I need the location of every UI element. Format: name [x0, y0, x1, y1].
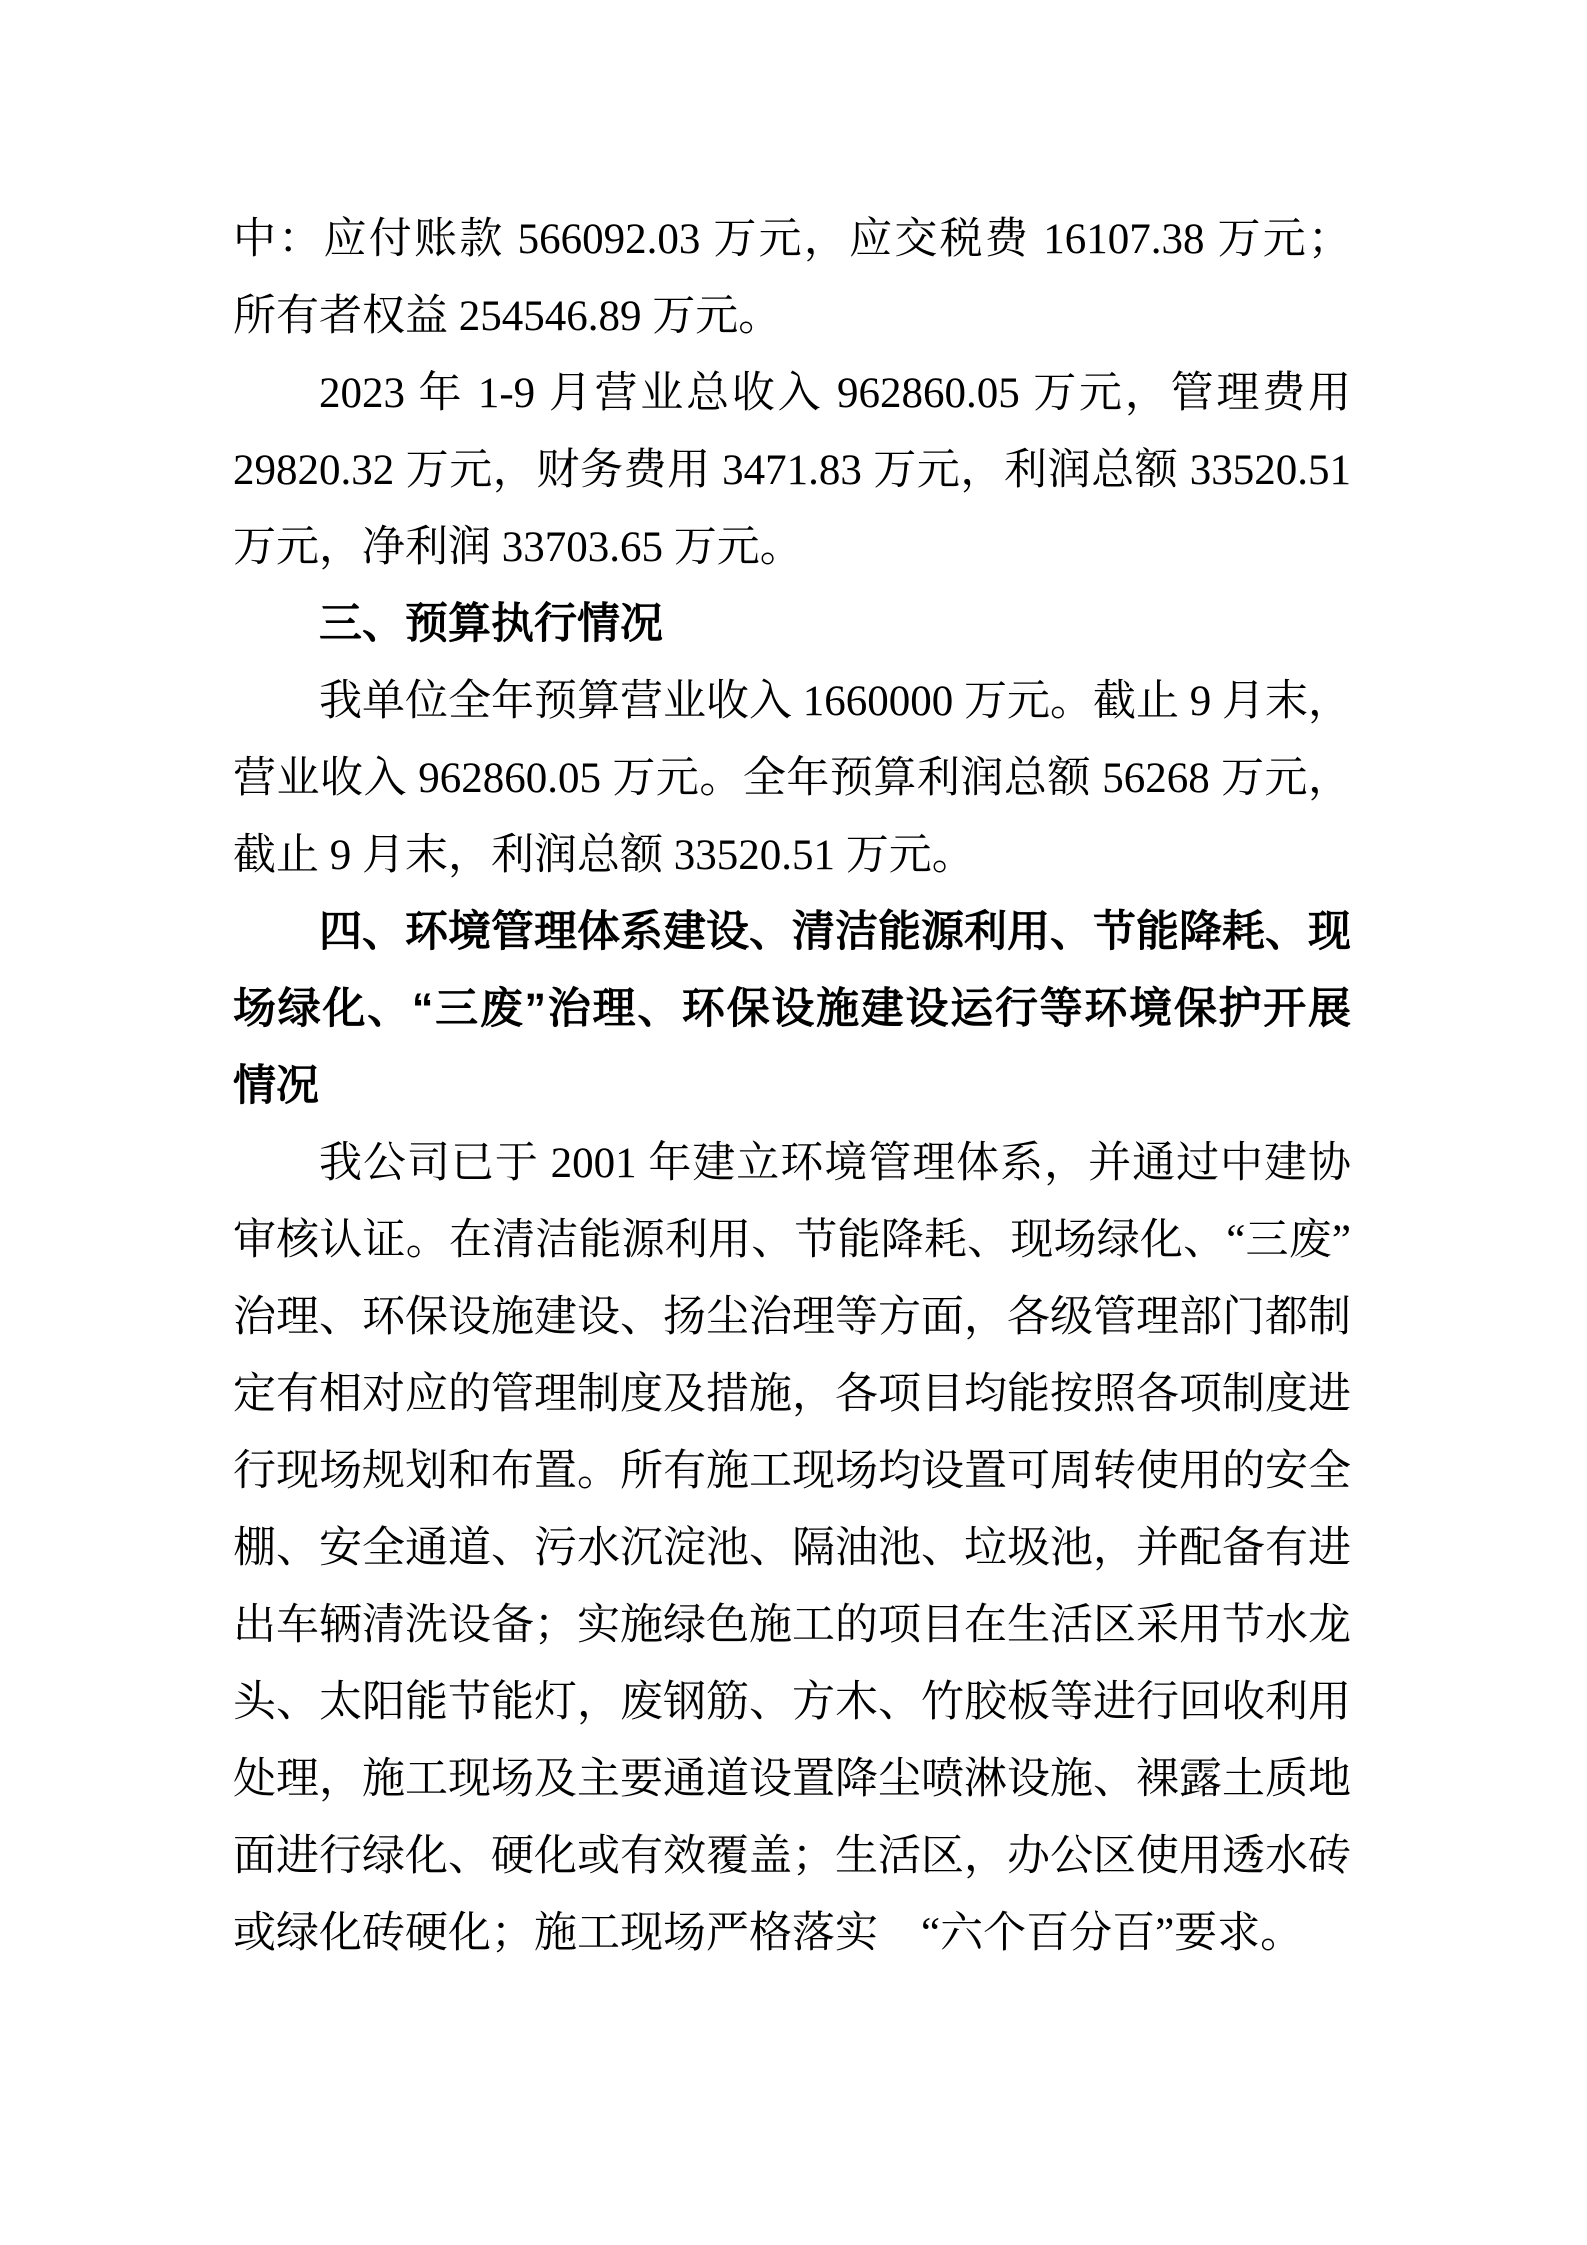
- body-line: 所有者权益 254546.89 万元。: [233, 278, 1351, 355]
- body-line: 截止 9 月末，利润总额 33520.51 万元。: [233, 817, 1351, 894]
- body-line: 2023 年 1-9 月营业总收入 962860.05 万元，管理费用: [233, 355, 1351, 432]
- document-page: 中：应付账款 566092.03 万元，应交税费 16107.38 万元；所有者…: [0, 0, 1587, 2245]
- body-line: 出车辆清洗设备；实施绿色施工的项目在生活区采用节水龙: [233, 1587, 1351, 1664]
- body-line: 治理、环保设施建设、扬尘治理等方面，各级管理部门都制: [233, 1279, 1351, 1356]
- body-line: 面进行绿化、硬化或有效覆盖；生活区，办公区使用透水砖: [233, 1818, 1351, 1895]
- body-line: 行现场规划和布置。所有施工现场均设置可周转使用的安全: [233, 1433, 1351, 1510]
- body-line: 定有相对应的管理制度及措施，各项目均能按照各项制度进: [233, 1356, 1351, 1433]
- body-line: 棚、安全通道、污水沉淀池、隔油池、垃圾池，并配备有进: [233, 1510, 1351, 1587]
- text-block: 中：应付账款 566092.03 万元，应交税费 16107.38 万元；所有者…: [233, 201, 1351, 1972]
- body-line: 审核认证。在清洁能源利用、节能降耗、现场绿化、“三废”: [233, 1202, 1351, 1279]
- body-line: 营业收入 962860.05 万元。全年预算利润总额 56268 万元，: [233, 740, 1351, 817]
- heading-line: 场绿化、“三废”治理、环保设施建设运行等环境保护开展: [233, 971, 1351, 1048]
- heading-line: 三、预算执行情况: [233, 586, 1351, 663]
- body-line: 29820.32 万元，财务费用 3471.83 万元，利润总额 33520.5…: [233, 432, 1351, 509]
- body-line: 处理，施工现场及主要通道设置降尘喷淋设施、裸露土质地: [233, 1741, 1351, 1818]
- body-line: 中：应付账款 566092.03 万元，应交税费 16107.38 万元；: [233, 201, 1351, 278]
- body-line: 我公司已于 2001 年建立环境管理体系，并通过中建协: [233, 1125, 1351, 1202]
- body-line: 万元，净利润 33703.65 万元。: [233, 509, 1351, 586]
- heading-line: 情况: [233, 1048, 1351, 1125]
- body-line: 或绿化砖硬化；施工现场严格落实 “六个百分百”要求。: [233, 1895, 1351, 1972]
- body-line: 我单位全年预算营业收入 1660000 万元。截止 9 月末，: [233, 663, 1351, 740]
- heading-line: 四、环境管理体系建设、清洁能源利用、节能降耗、现: [233, 894, 1351, 971]
- body-line: 头、太阳能节能灯，废钢筋、方木、竹胶板等进行回收利用: [233, 1664, 1351, 1741]
